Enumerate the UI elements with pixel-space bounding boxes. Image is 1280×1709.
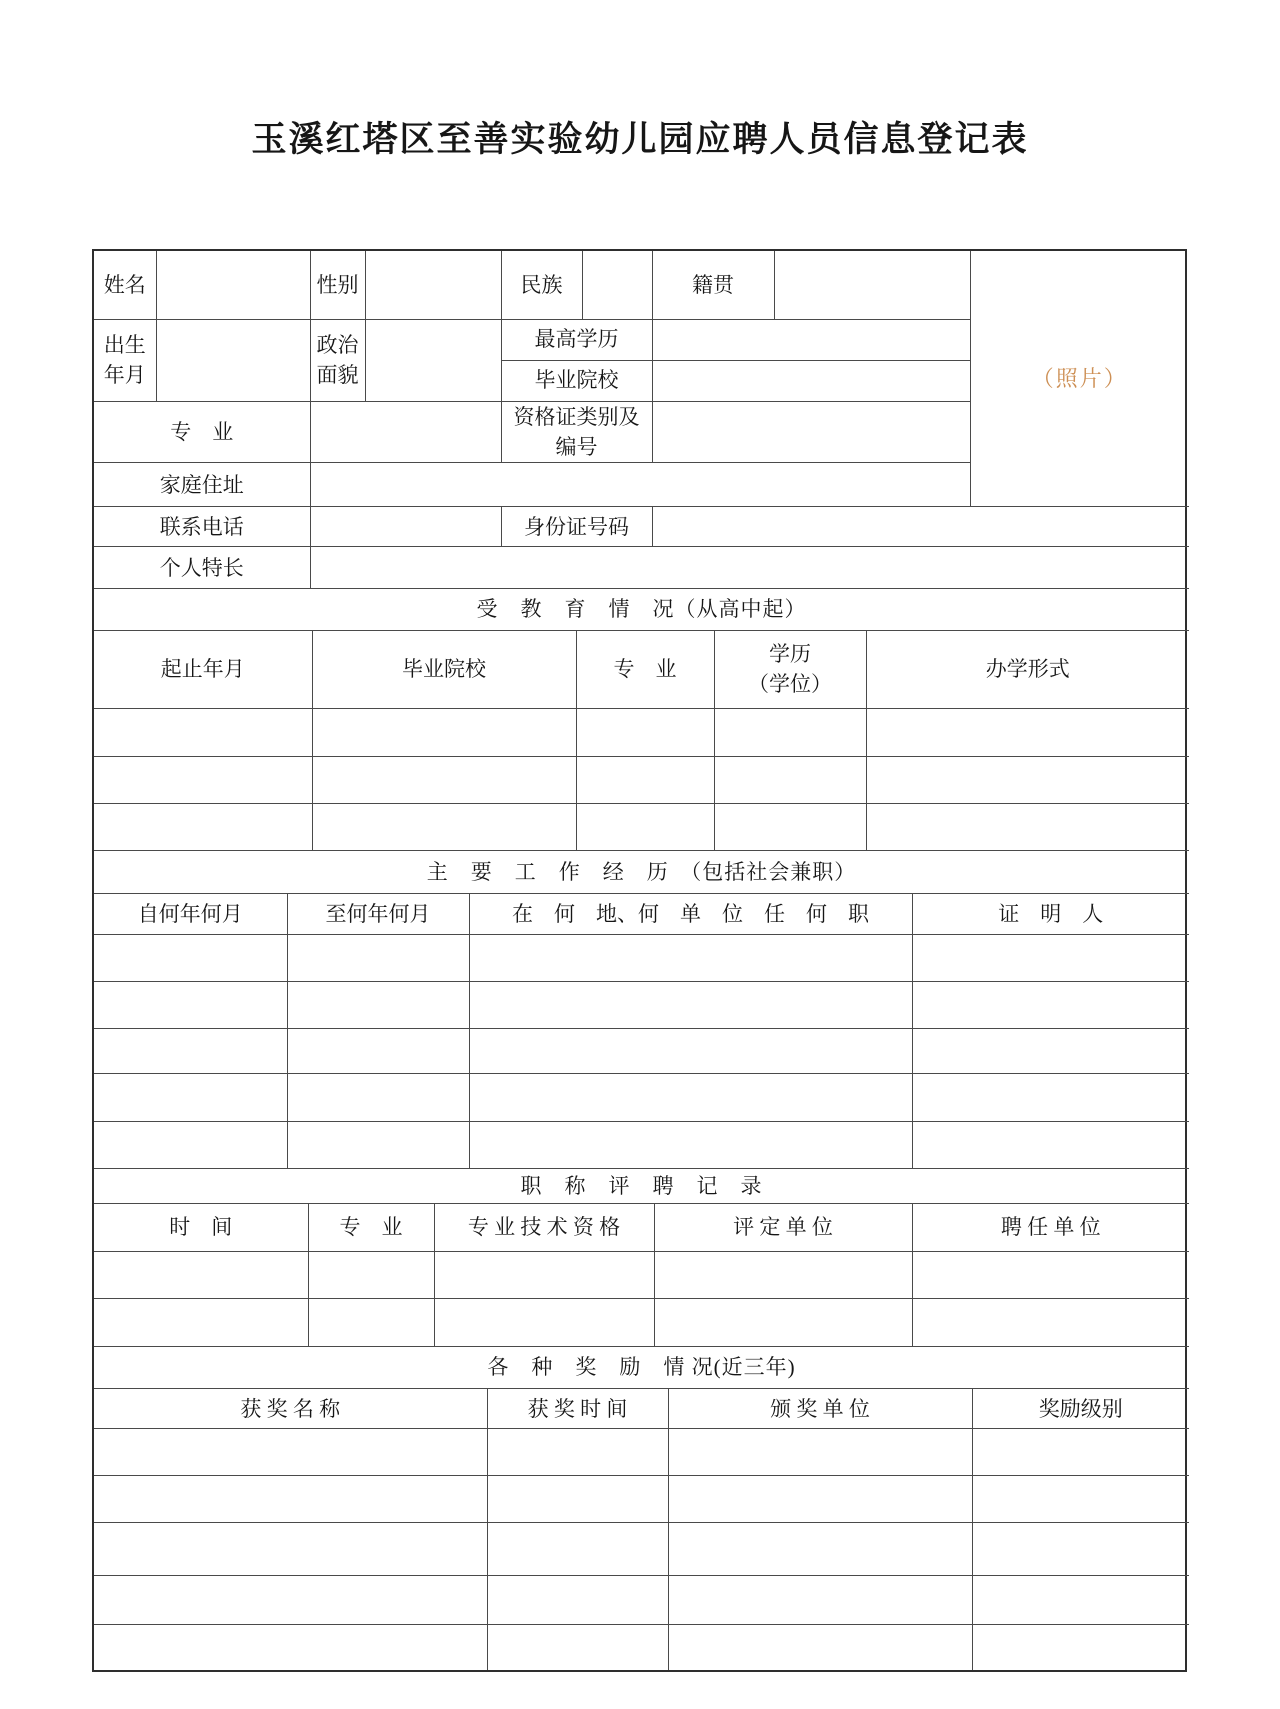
title-record-row [94, 1298, 1189, 1346]
work-cell[interactable] [94, 982, 287, 1029]
education-col-school: 毕业院校 [312, 630, 576, 708]
graduate-school-value-cell[interactable] [652, 360, 970, 401]
awards-col-unit: 颁 奖 单 位 [668, 1389, 972, 1429]
work-col-to: 至何年何月 [287, 894, 469, 935]
education-cell[interactable] [94, 756, 312, 803]
work-col-place-position: 在 何 地、何 单 位 任 何 职 [469, 894, 912, 935]
title-record-col-employing-unit: 聘 任 单 位 [912, 1203, 1189, 1251]
photo-cell: （照片） [970, 251, 1189, 507]
education-cell[interactable] [94, 708, 312, 756]
awards-cell[interactable] [94, 1429, 487, 1476]
education-cell[interactable] [714, 803, 866, 850]
education-col-major: 专 业 [576, 630, 714, 708]
education-row [94, 708, 1189, 756]
awards-table: 各 种 奖 励 情 况(近三年) 获 奖 名 称 获 奖 时 间 颁 奖 单 位… [94, 1347, 1189, 1670]
political-status-label: 政治 面貌 [310, 319, 365, 401]
awards-cell[interactable] [487, 1523, 668, 1576]
work-cell[interactable] [287, 982, 469, 1029]
personal-info-table: 姓名 性别 民族 籍贯 （照片） 出生 年月 政治 面貌 最高学历 毕业院校 专… [94, 251, 1189, 589]
work-cell[interactable] [287, 1029, 469, 1074]
title-record-cell[interactable] [434, 1298, 654, 1346]
title-record-cell[interactable] [94, 1251, 308, 1298]
gender-label: 性别 [310, 251, 365, 319]
awards-row [94, 1625, 1189, 1670]
awards-cell[interactable] [487, 1476, 668, 1523]
work-cell[interactable] [469, 1122, 912, 1169]
education-cell[interactable] [312, 756, 576, 803]
title-record-col-time: 时 间 [94, 1203, 308, 1251]
education-row [94, 756, 1189, 803]
title-record-cell[interactable] [308, 1298, 434, 1346]
title-record-cell[interactable] [308, 1251, 434, 1298]
work-cell[interactable] [287, 1122, 469, 1169]
awards-cell[interactable] [972, 1625, 1189, 1670]
awards-row [94, 1576, 1189, 1625]
work-row [94, 1029, 1189, 1074]
name-label: 姓名 [94, 251, 156, 319]
phone-label: 联系电话 [94, 507, 310, 547]
native-place-value-cell[interactable] [774, 251, 970, 319]
work-cell[interactable] [912, 1029, 1189, 1074]
education-cell[interactable] [312, 708, 576, 756]
phone-value-cell[interactable] [310, 507, 501, 547]
education-cell[interactable] [866, 803, 1189, 850]
title-record-col-qualification: 专 业 技 术 资 格 [434, 1203, 654, 1251]
education-cell[interactable] [866, 708, 1189, 756]
work-cell[interactable] [94, 1122, 287, 1169]
education-col-form: 办学形式 [866, 630, 1189, 708]
awards-cell[interactable] [668, 1576, 972, 1625]
title-record-table: 职 称 评 聘 记 录 时 间 专 业 专 业 技 术 资 格 评 定 单 位 … [94, 1169, 1189, 1347]
title-record-cell[interactable] [654, 1298, 912, 1346]
work-col-reference: 证 明 人 [912, 894, 1189, 935]
work-cell[interactable] [912, 1074, 1189, 1122]
education-cell[interactable] [714, 756, 866, 803]
awards-cell[interactable] [94, 1523, 487, 1576]
work-row [94, 1122, 1189, 1169]
awards-row [94, 1429, 1189, 1476]
awards-cell[interactable] [94, 1625, 487, 1670]
title-record-col-major: 专 业 [308, 1203, 434, 1251]
id-number-label: 身份证号码 [501, 507, 652, 547]
education-row [94, 803, 1189, 850]
major-value-cell[interactable] [310, 401, 501, 463]
work-cell[interactable] [94, 935, 287, 982]
education-cell[interactable] [866, 756, 1189, 803]
awards-col-name: 获 奖 名 称 [94, 1389, 487, 1429]
birth-date-label: 出生 年月 [94, 319, 156, 401]
work-row [94, 982, 1189, 1029]
certificate-label: 资格证类别及 编号 [501, 401, 652, 463]
political-status-value-cell[interactable] [365, 319, 501, 401]
education-table: 受 教 育 情 况（从高中起） 起止年月 毕业院校 专 业 学历 （学位） 办学… [94, 589, 1189, 851]
awards-section-title: 各 种 奖 励 情 况(近三年) [94, 1347, 1189, 1389]
work-cell[interactable] [469, 982, 912, 1029]
title-record-cell[interactable] [912, 1298, 1189, 1346]
work-cell[interactable] [94, 1074, 287, 1122]
name-value-cell[interactable] [156, 251, 310, 319]
work-experience-table: 主 要 工 作 经 历 （包括社会兼职） 自何年何月 至何年何月 在 何 地、何… [94, 851, 1189, 1170]
title-record-cell[interactable] [654, 1251, 912, 1298]
awards-row [94, 1523, 1189, 1576]
registration-form-table: 姓名 性别 民族 籍贯 （照片） 出生 年月 政治 面貌 最高学历 毕业院校 专… [92, 249, 1187, 1672]
work-cell[interactable] [469, 935, 912, 982]
ethnicity-label: 民族 [501, 251, 582, 319]
work-cell[interactable] [912, 935, 1189, 982]
awards-cell[interactable] [972, 1429, 1189, 1476]
awards-cell[interactable] [972, 1523, 1189, 1576]
graduate-school-label: 毕业院校 [501, 360, 652, 401]
work-cell[interactable] [287, 1074, 469, 1122]
awards-cell[interactable] [487, 1429, 668, 1476]
certificate-value-cell[interactable] [652, 401, 970, 463]
education-cell[interactable] [714, 708, 866, 756]
home-address-value-cell[interactable] [310, 463, 970, 507]
education-cell[interactable] [312, 803, 576, 850]
title-record-cell[interactable] [94, 1298, 308, 1346]
specialty-label: 个人特长 [94, 547, 310, 589]
education-cell[interactable] [576, 708, 714, 756]
awards-col-time: 获 奖 时 间 [487, 1389, 668, 1429]
work-cell[interactable] [469, 1074, 912, 1122]
work-cell[interactable] [912, 1122, 1189, 1169]
education-cell[interactable] [576, 756, 714, 803]
work-row [94, 1074, 1189, 1122]
title-record-cell[interactable] [912, 1251, 1189, 1298]
education-col-period: 起止年月 [94, 630, 312, 708]
awards-cell[interactable] [487, 1625, 668, 1670]
work-cell[interactable] [469, 1029, 912, 1074]
specialty-value-cell[interactable] [310, 547, 1189, 589]
awards-cell[interactable] [668, 1476, 972, 1523]
awards-cell[interactable] [94, 1476, 487, 1523]
education-cell[interactable] [94, 803, 312, 850]
ethnicity-value-cell[interactable] [582, 251, 652, 319]
work-cell[interactable] [912, 982, 1189, 1029]
native-place-label: 籍贯 [652, 251, 774, 319]
title-record-row [94, 1251, 1189, 1298]
education-col-degree: 学历 （学位） [714, 630, 866, 708]
photo-placeholder: （照片） [1032, 366, 1128, 391]
birth-date-value-cell[interactable] [156, 319, 310, 401]
awards-cell[interactable] [487, 1576, 668, 1625]
education-cell[interactable] [576, 803, 714, 850]
gender-value-cell[interactable] [365, 251, 501, 319]
highest-education-value-cell[interactable] [652, 319, 970, 360]
page-title: 玉溪红塔区至善实验幼儿园应聘人员信息登记表 [0, 112, 1280, 162]
major-label: 专 业 [94, 401, 310, 463]
home-address-label: 家庭住址 [94, 463, 310, 507]
awards-cell[interactable] [668, 1429, 972, 1476]
awards-cell[interactable] [972, 1476, 1189, 1523]
id-number-value-cell[interactable] [652, 507, 1189, 547]
title-record-cell[interactable] [434, 1251, 654, 1298]
title-record-col-assessing-unit: 评 定 单 位 [654, 1203, 912, 1251]
work-cell[interactable] [287, 935, 469, 982]
awards-cell[interactable] [972, 1576, 1189, 1625]
highest-education-label: 最高学历 [501, 319, 652, 360]
work-row [94, 935, 1189, 982]
awards-cell[interactable] [668, 1523, 972, 1576]
title-record-section-title: 职 称 评 聘 记 录 [94, 1169, 1189, 1203]
education-section-title: 受 教 育 情 况（从高中起） [94, 589, 1189, 630]
work-section-title: 主 要 工 作 经 历 （包括社会兼职） [94, 851, 1189, 894]
awards-cell[interactable] [668, 1625, 972, 1670]
work-col-from: 自何年何月 [94, 894, 287, 935]
awards-cell[interactable] [94, 1576, 487, 1625]
awards-row [94, 1476, 1189, 1523]
work-cell[interactable] [94, 1029, 287, 1074]
awards-col-level: 奖励级别 [972, 1389, 1189, 1429]
